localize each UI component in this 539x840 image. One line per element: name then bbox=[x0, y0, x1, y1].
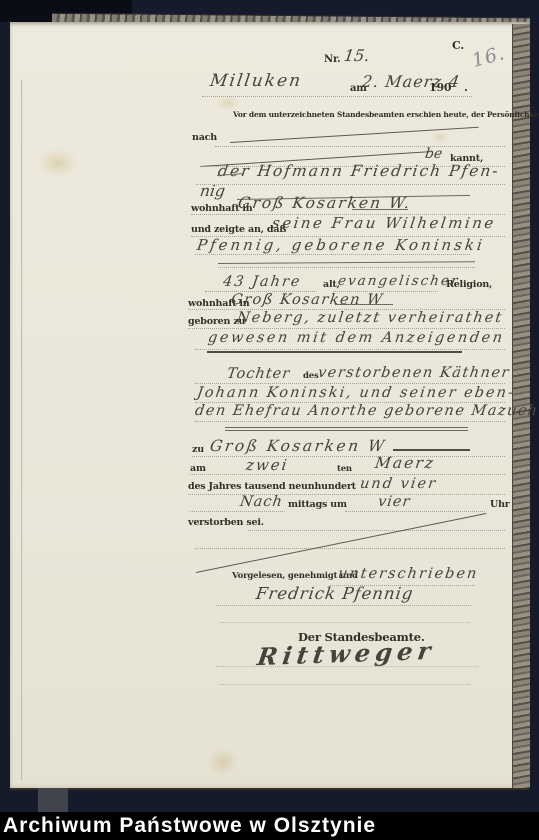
deceased-line-2: Pfennig, geborene Koninski bbox=[196, 238, 486, 253]
ruled-line bbox=[345, 511, 485, 512]
ruled-line bbox=[195, 421, 505, 422]
ruled-line bbox=[195, 548, 505, 549]
am-label-2: am bbox=[190, 464, 206, 474]
birth-line-1: Neberg, zuletzt verheirathet bbox=[236, 311, 504, 326]
hand-drawn-dash bbox=[393, 449, 470, 451]
hand-drawn-dash bbox=[335, 304, 393, 305]
archive-banner-bar: Archiwum Państwowe w Olsztynie bbox=[0, 812, 539, 840]
stain bbox=[208, 748, 238, 776]
ruled-line bbox=[188, 328, 505, 329]
intro-printed-line: Vor dem unterzeichneten Standesbeamten e… bbox=[233, 111, 539, 119]
ruled-line bbox=[202, 96, 472, 97]
hand-drawn-underline bbox=[207, 351, 462, 353]
death-place-value: Groß Kosarken W bbox=[209, 439, 388, 455]
age-value: 43 Jahre bbox=[222, 275, 302, 290]
residence-value-2: Groß Kosarken W bbox=[230, 293, 384, 308]
record-number-value: 15. bbox=[343, 48, 371, 64]
ruled-line bbox=[190, 474, 505, 475]
religion-value: evangelischer bbox=[337, 275, 460, 289]
place-name-handwritten: Milluken bbox=[209, 73, 303, 90]
ruled-line bbox=[215, 146, 505, 147]
hand-drawn-separator bbox=[225, 427, 468, 428]
stain bbox=[215, 95, 241, 111]
cover-bottom-edge bbox=[38, 788, 68, 812]
declarant-signature: Fredrick Pfennig bbox=[255, 586, 415, 603]
ruled-line bbox=[248, 530, 505, 531]
religion-label: Religion, bbox=[446, 280, 492, 290]
hand-drawn-separator bbox=[225, 430, 468, 431]
closing-handwritten: unterschrieben bbox=[337, 567, 479, 582]
ruled-line bbox=[220, 622, 470, 623]
parents-line-1: verstorbenen Käthner bbox=[317, 366, 511, 381]
archival-scan-photo: C. 16. Nr. 15. Milluken am 2. Maerz 190 … bbox=[0, 0, 539, 840]
period-mark: . bbox=[464, 82, 468, 93]
year-line-label: des Jahres tausend neunhundert bbox=[188, 482, 356, 492]
ruled-line bbox=[192, 456, 505, 457]
declarant-line-1: der Hofmann Friedrich Pfen- bbox=[217, 164, 501, 180]
form-series-letter: C. bbox=[452, 40, 464, 51]
record-number-label: Nr. bbox=[324, 55, 340, 65]
mittags-um-label: mittags um bbox=[288, 500, 347, 510]
page-gutter-crease bbox=[21, 80, 23, 780]
ruled-line bbox=[195, 349, 505, 350]
death-day-value: zwei bbox=[245, 458, 290, 473]
ruled-line bbox=[196, 184, 505, 185]
zu-label: zu bbox=[192, 445, 204, 455]
birth-line-2: gewesen mit dem Anzeigenden bbox=[207, 331, 505, 346]
deceased-line-1: seine Frau Wilhelmine bbox=[271, 216, 497, 231]
ruled-line bbox=[195, 254, 470, 255]
verstorben-label: verstorben sei. bbox=[188, 518, 264, 528]
stain bbox=[430, 130, 450, 144]
hand-drawn-dash bbox=[352, 209, 408, 210]
parents-line-2: Johann Koninski, und seiner eben- bbox=[196, 386, 516, 401]
ruled-line bbox=[190, 511, 285, 512]
ruled-line bbox=[216, 666, 478, 667]
stain bbox=[38, 148, 78, 178]
parents-line-3: den Ehefrau Anorthe geborene Mazuch bbox=[194, 404, 539, 419]
nach-label: nach bbox=[192, 133, 217, 143]
hour-value: vier bbox=[377, 495, 411, 510]
declarant-line-2: nig bbox=[199, 184, 226, 200]
daytime-handwritten: Nach bbox=[239, 495, 284, 510]
ruled-line bbox=[188, 494, 505, 495]
ruled-line bbox=[218, 267, 475, 268]
ruled-line bbox=[195, 383, 505, 384]
year-line-handwritten: und vier bbox=[359, 477, 438, 492]
registrar-signature: Rittweger bbox=[256, 639, 437, 669]
archive-banner-text: Archiwum Państwowe w Olsztynie bbox=[0, 812, 539, 840]
tochter-handwritten: Tochter bbox=[226, 367, 291, 382]
ruled-line bbox=[216, 605, 471, 606]
ten-label: ten bbox=[337, 465, 352, 474]
uhr-label: Uhr bbox=[490, 500, 510, 510]
death-month-value: Maerz bbox=[374, 456, 436, 472]
ruled-line bbox=[220, 684, 470, 685]
be-handwritten: be bbox=[424, 147, 443, 161]
